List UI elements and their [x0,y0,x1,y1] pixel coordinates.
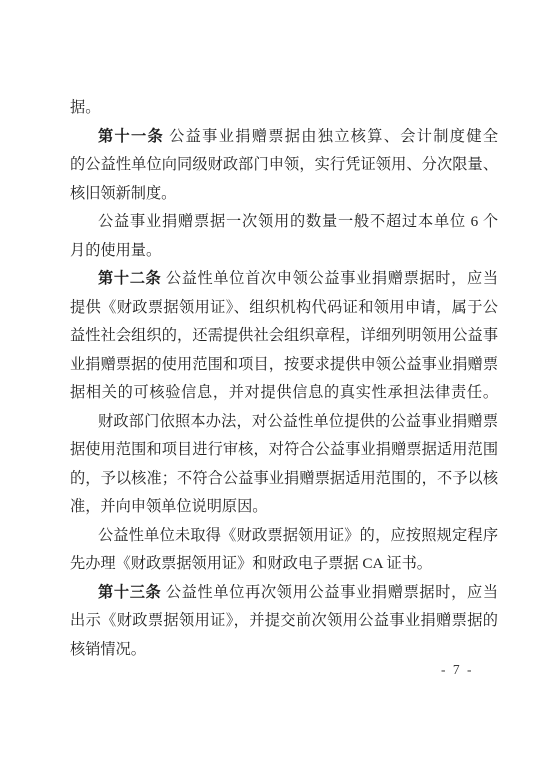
text-segment: 财政部门依照本办法，对公益性单位提供的公益事业捐赠票 [98,413,498,430]
text-line: 业捐赠票据的使用范围和项目，按要求提供申领公益事业捐赠票 [70,351,498,380]
article-number: 第十二条 [98,270,161,287]
text-segment: 公益性单位再次领用公益事业捐赠票据时，应当 [161,584,498,601]
text-line: 财政部门依照本办法，对公益性单位提供的公益事业捐赠票 [70,408,498,437]
text-line: 提供《财政票据领用证》、组织机构代码证和领用申请，属于公 [70,294,498,323]
text-line: 核销情况。 [70,636,498,665]
text-segment: 公益性单位首次申领公益事业捐赠票据时，应当 [161,270,498,287]
text-segment: 准，并向申领单位说明原因。 [70,498,267,515]
text-segment: 公益事业捐赠票据一次领用的数量一般不超过本单位 6 个 [98,213,498,230]
text-line: 据。 [70,94,498,123]
text-segment: 的公益性单位向同级财政部门申领，实行凭证领用、分次限量、 [70,156,498,173]
text-line: 月的使用量。 [70,237,498,266]
article-number: 第十三条 [98,584,161,601]
text-line: 据使用范围和项目进行审核，对符合公益事业捐赠票据适用范围 [70,436,498,465]
text-line: 第十二条 公益性单位首次申领公益事业捐赠票据时，应当 [70,265,498,294]
document-page: 据。第十一条 公益事业捐赠票据由独立核算、会计制度健全的公益性单位向同级财政部门… [0,0,555,782]
text-segment: 月的使用量。 [70,242,161,259]
text-segment: 先办理《财政票据领用证》和财政电子票据 CA 证书。 [70,555,432,572]
text-segment: 据使用范围和项目进行审核，对符合公益事业捐赠票据适用范围 [70,441,498,458]
text-line: 先办理《财政票据领用证》和财政电子票据 CA 证书。 [70,550,498,579]
text-segment: 的，予以核准；不符合公益事业捐赠票据适用范围的，不予以核 [70,470,498,487]
text-segment: 提供《财政票据领用证》、组织机构代码证和领用申请，属于公 [70,299,498,316]
text-line: 的公益性单位向同级财政部门申领，实行凭证领用、分次限量、 [70,151,498,180]
text-line: 核旧领新制度。 [70,180,498,209]
text-line: 公益性单位未取得《财政票据领用证》的，应按照规定程序 [70,522,498,551]
text-line: 据相关的可核验信息，并对提供信息的真实性承担法律责任。 [70,379,498,408]
text-segment: 据。 [70,99,100,116]
text-segment: 核销情况。 [70,641,146,658]
text-segment: 核旧领新制度。 [70,185,176,202]
text-line: 的，予以核准；不符合公益事业捐赠票据适用范围的，不予以核 [70,465,498,494]
text-segment: 公益性单位未取得《财政票据领用证》的，应按照规定程序 [98,527,498,544]
text-line: 公益事业捐赠票据一次领用的数量一般不超过本单位 6 个 [70,208,498,237]
text-segment: 据相关的可核验信息，并对提供信息的真实性承担法律责任。 [70,384,498,401]
text-segment: 业捐赠票据的使用范围和项目，按要求提供申领公益事业捐赠票 [70,356,498,373]
text-line: 准，并向申领单位说明原因。 [70,493,498,522]
text-segment: 公益事业捐赠票据由独立核算、会计制度健全 [164,128,498,145]
text-line: 出示《财政票据领用证》，并提交前次领用公益事业捐赠票据的 [70,607,498,636]
article-number: 第十一条 [98,128,164,145]
text-line: 第十一条 公益事业捐赠票据由独立核算、会计制度健全 [70,123,498,152]
document-body: 据。第十一条 公益事业捐赠票据由独立核算、会计制度健全的公益性单位向同级财政部门… [70,94,498,664]
text-segment: 益性社会组织的，还需提供社会组织章程，详细列明领用公益事 [70,327,498,344]
page-number: - 7 - [441,662,474,678]
text-line: 益性社会组织的，还需提供社会组织章程，详细列明领用公益事 [70,322,498,351]
text-segment: 出示《财政票据领用证》，并提交前次领用公益事业捐赠票据的 [70,612,498,629]
text-line: 第十三条 公益性单位再次领用公益事业捐赠票据时，应当 [70,579,498,608]
